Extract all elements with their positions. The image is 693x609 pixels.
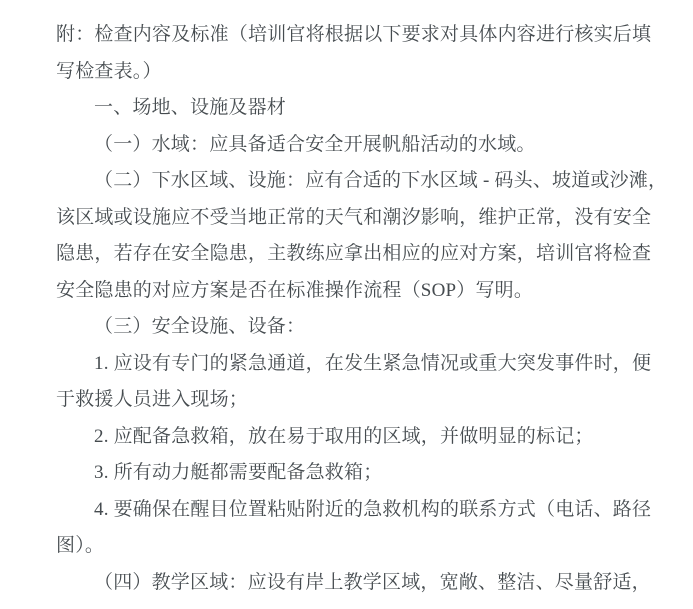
document-line: 一、场地、设施及器材 (56, 90, 652, 127)
document-line: 1. 应设有专门的紧急通道，在发生紧急情况或重大突发事件时，便 (56, 346, 652, 383)
document-line: （四）教学区域：应设有岸上教学区域，宽敞、整洁、尽量舒适， (56, 565, 652, 602)
document-text-block: 附：检查内容及标准（培训官将根据以下要求对具体内容进行核实后填写检查表。）一、场… (56, 17, 652, 601)
document-line: 4. 要确保在醒目位置粘贴附近的急救机构的联系方式（电话、路径 (56, 492, 652, 529)
document-line: 图）。 (56, 528, 652, 565)
document-line: 2. 应配备急救箱，放在易于取用的区域，并做明显的标记； (56, 419, 652, 456)
document-line: （二）下水区域、设施：应有合适的下水区域 - 码头、坡道或沙滩， (56, 163, 652, 200)
document-line: 写检查表。） (56, 54, 652, 91)
document-line: （一）水域：应具备适合安全开展帆船活动的水域。 (56, 127, 652, 164)
document-line: 于救援人员进入现场； (56, 382, 652, 419)
document-line: 3. 所有动力艇都需要配备急救箱； (56, 455, 652, 492)
document-line: （三）安全设施、设备： (56, 309, 652, 346)
scanned-document-page: 附：检查内容及标准（培训官将根据以下要求对具体内容进行核实后填写检查表。）一、场… (0, 0, 693, 609)
document-line: 该区域或设施应不受当地正常的天气和潮汐影响，维护正常，没有安全 (56, 200, 652, 237)
document-line: 隐患，若存在安全隐患，主教练应拿出相应的应对方案，培训官将检查 (56, 236, 652, 273)
document-line: 附：检查内容及标准（培训官将根据以下要求对具体内容进行核实后填 (56, 17, 652, 54)
document-line: 安全隐患的对应方案是否在标准操作流程（SOP）写明。 (56, 273, 652, 310)
